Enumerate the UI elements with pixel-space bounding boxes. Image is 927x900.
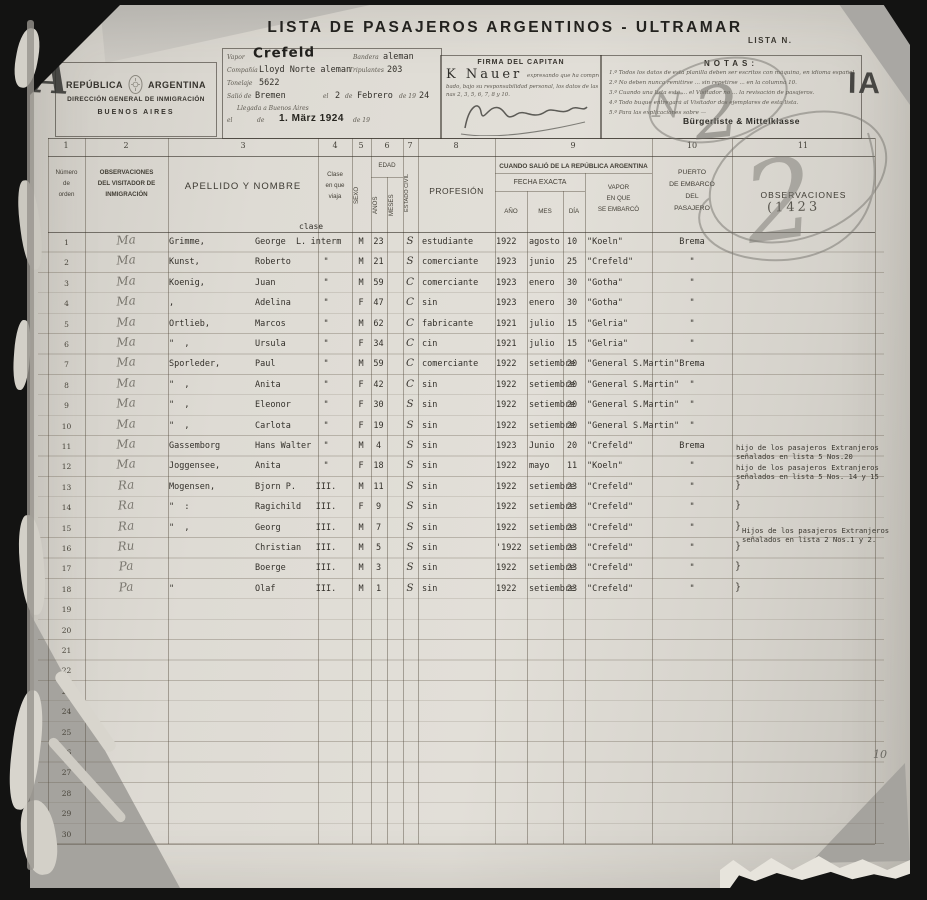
column-number: 8 [441, 141, 471, 150]
obs-1423-stamp: (1423 [767, 200, 820, 216]
travel-class: " [300, 298, 352, 308]
header-edad: EDAD [371, 161, 403, 172]
travel-class: " [300, 441, 352, 451]
visitor-pencil-mark: Pa [86, 557, 167, 577]
civil-status: C [400, 378, 420, 390]
embarkation-port: " [636, 257, 748, 267]
profession: comerciante [422, 359, 478, 369]
visitor-pencil-mark: Ma [86, 393, 167, 413]
header-apellido-nombre: APELLIDO Y NOMBRE [168, 181, 318, 192]
header-profesion: PROFESIÓN [418, 186, 495, 196]
departure-vessel: "Crefeld" [587, 441, 633, 451]
passenger-surname: Ortlieb, [169, 319, 210, 329]
civil-status: C [400, 337, 420, 349]
embarkation-port: " [636, 563, 748, 573]
table-row: 9 Ma " , Eleonor " F 30 S sin 1922 setie… [48, 395, 875, 415]
column-number: 2 [111, 141, 141, 150]
profession: sin [422, 543, 437, 553]
table-row: 8 Ma " , Anita " F 42 C sin 1922 setiemb… [48, 375, 875, 395]
header-cuando-salio: CUANDO SALIÓ DE LA REPÚBLICA ARGENTINA [495, 161, 652, 172]
departure-year: 1923 [496, 257, 528, 267]
age-years: 47 [370, 298, 387, 308]
passenger-given-name: Carlota [255, 421, 291, 431]
header-observaciones-visitador: OBSERVACIONES DEL VISITADOR DE INMIGRACI… [85, 168, 168, 201]
departure-day: 23 [559, 543, 585, 553]
sex-value: M [351, 441, 371, 451]
departure-vessel: "Gelria" [587, 319, 628, 329]
passenger-surname: " [169, 584, 174, 594]
civil-status: S [400, 419, 420, 431]
passenger-surname: Sporleder, [169, 359, 220, 369]
table-row: 29 [48, 803, 875, 823]
civil-status: S [400, 561, 420, 573]
departure-year: 1922 [496, 523, 528, 533]
departure-vessel: "Gelria" [587, 339, 628, 349]
table-row: 1 Ma Grimme, George L. interm M 23 S est… [48, 232, 875, 252]
passenger-given-name: Eleonor [255, 400, 291, 410]
visitor-pencil-mark [86, 659, 166, 665]
embarkation-port: " [636, 421, 748, 431]
departure-day: 23 [559, 584, 585, 594]
profession: comerciante [422, 278, 478, 288]
column-number: 11 [788, 141, 818, 150]
row-number: 16 [48, 544, 85, 553]
visitor-pencil-mark: Ma [86, 271, 167, 291]
scanned-document-photo: LISTA DE PASAJEROS ARGENTINOS - ULTRAMAR… [0, 0, 927, 900]
age-years: 19 [370, 421, 387, 431]
table-row: 26 [48, 742, 875, 762]
departure-year: 1922 [496, 400, 528, 410]
departure-day: 25 [559, 257, 585, 267]
row-number: 20 [48, 626, 85, 635]
table-row: 22 [48, 660, 875, 680]
profession: comerciante [422, 257, 478, 267]
table-row: 2 Ma Kunst, Roberto " M 21 S comerciante… [48, 252, 875, 272]
passenger-given-name: Juan [255, 278, 275, 288]
passenger-surname: Joggensee, [169, 461, 220, 471]
embarkation-port: " [636, 461, 748, 471]
note-brace: } [735, 541, 741, 552]
embarkation-port: " [636, 278, 748, 288]
departure-month: junio [529, 257, 555, 267]
sex-value: M [351, 257, 371, 267]
visitor-pencil-mark [86, 822, 166, 828]
visitor-pencil-mark: Ma [86, 312, 167, 332]
embarkation-port: " [636, 502, 748, 512]
embarkation-port: Brema [636, 359, 748, 369]
sex-value: F [351, 380, 371, 390]
table-row: 20 [48, 620, 875, 640]
departure-day: 10 [559, 237, 585, 247]
departure-month: julio [529, 339, 555, 349]
age-years: 7 [370, 523, 387, 533]
departure-day: 23 [559, 563, 585, 573]
sex-value: M [351, 563, 371, 573]
table-row: 21 [48, 640, 875, 660]
header-clase: Clase en que viaja [318, 170, 352, 203]
departure-year: '1922 [496, 543, 528, 553]
sex-value: M [351, 543, 371, 553]
note-brace: } [735, 521, 741, 532]
departure-month: agosto [529, 237, 560, 247]
margin-note-row12: hijo de los pasajeros Extranjeros señala… [736, 463, 879, 481]
departure-year: 1922 [496, 461, 528, 471]
row-number: 28 [48, 789, 85, 798]
embarkation-port: " [636, 584, 748, 594]
grid-line-horizontal [48, 156, 875, 157]
table-row: 28 [48, 783, 875, 803]
row-number: 15 [48, 524, 85, 533]
departure-year: 1922 [496, 380, 528, 390]
column-number: 1 [51, 141, 81, 150]
profession: fabricante [422, 319, 473, 329]
departure-year: 1922 [496, 237, 528, 247]
profession: sin [422, 523, 437, 533]
profession: sin [422, 380, 437, 390]
visitor-pencil-mark [86, 597, 166, 603]
profession: cin [422, 339, 437, 349]
departure-vessel: "Koeln" [587, 461, 623, 471]
header-numero-orden: Número de orden [48, 168, 85, 201]
departure-year: 1922 [496, 421, 528, 431]
visitor-pencil-mark [86, 638, 166, 644]
clase-text-fragment: clase [299, 222, 323, 231]
departure-year: 1921 [496, 339, 528, 349]
passenger-given-name: Ursula [255, 339, 286, 349]
table-row: 30 [48, 824, 875, 844]
row-number: 21 [48, 646, 85, 655]
row-number: 6 [48, 340, 85, 349]
travel-class: III. [300, 502, 352, 512]
travel-class: " [300, 278, 352, 288]
profession: sin [422, 584, 437, 594]
visitor-pencil-mark [86, 618, 166, 624]
table-row: 7 Ma Sporleder, Paul " M 59 C comerciant… [48, 354, 875, 374]
row-number: 25 [48, 728, 85, 737]
departure-month: mayo [529, 461, 549, 471]
passenger-given-name: Christian [255, 543, 301, 553]
profession: sin [422, 421, 437, 431]
sex-value: F [351, 298, 371, 308]
sex-value: M [351, 482, 371, 492]
grid-line-vertical [875, 138, 876, 844]
civil-status: C [400, 357, 420, 369]
profession: sin [422, 563, 437, 573]
travel-class: III. [300, 543, 352, 553]
passenger-given-name: Marcos [255, 319, 286, 329]
travel-class: " [300, 359, 352, 369]
age-years: 59 [370, 278, 387, 288]
table-row: 24 [48, 701, 875, 721]
departure-year: 1922 [496, 563, 528, 573]
header-sexo: SEXO [352, 163, 371, 227]
row-number: 2 [48, 258, 85, 267]
passenger-given-name: Paul [255, 359, 275, 369]
passenger-given-name: George L. [255, 237, 306, 247]
age-years: 18 [370, 461, 387, 471]
visitor-pencil-mark: Ra [86, 495, 167, 515]
visitor-pencil-mark: Ra [86, 516, 167, 536]
departure-year: 1922 [496, 482, 528, 492]
row-number: 19 [48, 605, 85, 614]
travel-class: " [300, 421, 352, 431]
age-years: 59 [370, 359, 387, 369]
travel-class: " [300, 319, 352, 329]
grid-line-horizontal [495, 191, 585, 192]
binding-spine-strip [27, 20, 34, 870]
row-number: 4 [48, 299, 85, 308]
travel-class: " [300, 461, 352, 471]
sex-value: M [351, 278, 371, 288]
header-fecha-exacta: FECHA EXACTA [495, 177, 585, 189]
departure-day: 23 [559, 523, 585, 533]
sex-value: F [351, 400, 371, 410]
note-brace: } [735, 500, 741, 511]
visitor-pencil-mark: Ma [86, 434, 167, 454]
margin-note-rows13-18: Hijos de los pasajeros Extranjeros señal… [742, 526, 889, 544]
passenger-surname: Mogensen, [169, 482, 215, 492]
age-years: 11 [370, 482, 387, 492]
age-years: 3 [370, 563, 387, 573]
civil-status: S [400, 521, 420, 533]
passenger-given-name: Bjorn P. [255, 482, 296, 492]
departure-day: 20 [559, 400, 585, 410]
profession: sin [422, 400, 437, 410]
passenger-given-name: Anita [255, 461, 281, 471]
departure-day: 20 [559, 421, 585, 431]
sex-value: M [351, 359, 371, 369]
embarkation-port: Brema [636, 237, 748, 247]
passenger-surname: Gassemborg [169, 441, 220, 451]
margin-note-row11: hijo de los pasajeros Extranjeros señala… [736, 443, 879, 461]
passenger-surname: Koenig, [169, 278, 205, 288]
visitor-pencil-mark: Ma [86, 455, 167, 475]
visitor-pencil-mark: Ma [86, 230, 167, 250]
departure-day: 20 [559, 380, 585, 390]
passenger-given-name: Roberto [255, 257, 291, 267]
age-years: 1 [370, 584, 387, 594]
table-row: 5 Ma Ortlieb, Marcos " M 62 C fabricante… [48, 314, 875, 334]
embarkation-port: " [636, 482, 748, 492]
departure-year: 1923 [496, 298, 528, 308]
header-dia: DÍA [563, 207, 585, 218]
civil-status: S [400, 235, 420, 247]
age-years: 4 [370, 441, 387, 451]
civil-status: S [400, 541, 420, 553]
civil-status: C [400, 296, 420, 308]
embarkation-port: " [636, 380, 748, 390]
header-puerto-embarco: PUERTO DE EMBARCO DEL PASAJERO [652, 167, 732, 215]
row-number: 14 [48, 503, 85, 512]
row-number: 10 [48, 422, 85, 431]
departure-month: enero [529, 278, 555, 288]
departure-year: 1922 [496, 502, 528, 512]
travel-class: III. [300, 482, 352, 492]
departure-year: 1923 [496, 441, 528, 451]
age-years: 30 [370, 400, 387, 410]
civil-status: S [400, 255, 420, 267]
table-row: 4 Ma , Adelina " F 47 C sin 1923 enero 3… [48, 293, 875, 313]
header-observaciones: OBSERVACIONES [732, 190, 875, 200]
departure-month: julio [529, 319, 555, 329]
profession: sin [422, 502, 437, 512]
departure-day: 23 [559, 502, 585, 512]
passenger-surname: " , [169, 421, 189, 431]
civil-status: S [400, 582, 420, 594]
departure-day: 30 [559, 278, 585, 288]
row-number: 11 [48, 442, 85, 451]
pencil-page-number: 10 [873, 748, 887, 761]
note-brace: } [735, 561, 741, 572]
sex-value: F [351, 502, 371, 512]
age-years: 34 [370, 339, 387, 349]
age-years: 62 [370, 319, 387, 329]
row-number: 1 [48, 238, 85, 247]
sex-value: F [351, 421, 371, 431]
civil-status: S [400, 398, 420, 410]
column-number: 3 [228, 141, 258, 150]
header-vapor-embarco: VAPOR EN QUE SE EMBARCÓ [585, 183, 652, 216]
age-years: 9 [370, 502, 387, 512]
grid-line-horizontal [495, 173, 652, 174]
departure-vessel: "Gotha" [587, 298, 623, 308]
embarkation-port: " [636, 400, 748, 410]
row-number: 3 [48, 279, 85, 288]
sex-value: M [351, 523, 371, 533]
row-number: 17 [48, 564, 85, 573]
civil-status: S [400, 439, 420, 451]
table-row: 6 Ma " , Ursula " F 34 C cin 1921 julio … [48, 334, 875, 354]
passenger-surname: Kunst, [169, 257, 200, 267]
age-years: 21 [370, 257, 387, 267]
visitor-pencil-mark: Ma [86, 414, 167, 434]
departure-month: Junio [529, 441, 555, 451]
grid-line-horizontal [48, 844, 875, 845]
table-row: 19 [48, 599, 875, 619]
passenger-surname: " , [169, 523, 189, 533]
passenger-surname: " , [169, 400, 189, 410]
civil-status: C [400, 317, 420, 329]
table-row: 25 [48, 722, 875, 742]
manifest-page: LISTA DE PASAJEROS ARGENTINOS - ULTRAMAR… [30, 5, 910, 888]
visitor-pencil-mark: Ma [86, 373, 167, 393]
departure-year: 1921 [496, 319, 528, 329]
civil-status: C [400, 276, 420, 288]
departure-day: 23 [559, 482, 585, 492]
departure-year: 1922 [496, 584, 528, 594]
note-brace: } [735, 480, 741, 491]
departure-vessel: "Crefeld" [587, 584, 633, 594]
departure-day: 30 [559, 298, 585, 308]
departure-vessel: "Crefeld" [587, 543, 633, 553]
visitor-pencil-mark [86, 679, 166, 685]
travel-class: " [300, 380, 352, 390]
row-number: 12 [48, 462, 85, 471]
departure-vessel: "Koeln" [587, 237, 623, 247]
column-number: 7 [395, 141, 425, 150]
passenger-given-name: Anita [255, 380, 281, 390]
table-row: 10 Ma " , Carlota " F 19 S sin 1922 seti… [48, 416, 875, 436]
travel-class: III. [300, 584, 352, 594]
passenger-surname: , [169, 298, 174, 308]
embarkation-port: " [636, 543, 748, 553]
travel-class: " [300, 339, 352, 349]
row-number: 18 [48, 585, 85, 594]
row-number: 8 [48, 381, 85, 390]
embarkation-port: " [636, 298, 748, 308]
embarkation-port: " [636, 319, 748, 329]
departure-year: 1923 [496, 278, 528, 288]
row-number: 29 [48, 809, 85, 818]
profession: sin [422, 298, 437, 308]
travel-class: III. [300, 563, 352, 573]
age-years: 42 [370, 380, 387, 390]
departure-month: enero [529, 298, 555, 308]
travel-class: III. [300, 523, 352, 533]
passenger-given-name: Olaf [255, 584, 275, 594]
departure-day: 15 [559, 339, 585, 349]
header-estado-civil: ESTADO CIVIL [403, 157, 418, 229]
visitor-pencil-mark: Ra [86, 475, 167, 495]
sex-value: M [351, 584, 371, 594]
sex-value: M [351, 237, 371, 247]
visitor-pencil-mark: Ma [86, 353, 167, 373]
table-row: 17 Pa Boerge III. M 3 S sin 1922 setiemb… [48, 558, 875, 578]
departure-vessel: "Crefeld" [587, 523, 633, 533]
table-row: 27 [48, 762, 875, 782]
age-years: 5 [370, 543, 387, 553]
column-number: 10 [677, 141, 707, 150]
departure-year: 1922 [496, 359, 528, 369]
departure-day: 20 [559, 441, 585, 451]
civil-status: S [400, 459, 420, 471]
header-mes: MES [527, 207, 563, 218]
travel-class: " [300, 257, 352, 267]
passenger-surname: " , [169, 380, 189, 390]
sex-value: F [351, 339, 371, 349]
profession: sin [422, 461, 437, 471]
departure-day: 20 [559, 359, 585, 369]
passenger-given-name: Boerge [255, 563, 286, 573]
civil-status: S [400, 480, 420, 492]
table-row: 23 [48, 681, 875, 701]
visitor-pencil-mark [86, 699, 166, 705]
note-brace: } [735, 582, 741, 593]
visitor-pencil-mark: Ma [86, 251, 167, 271]
visitor-pencil-mark: Ma [86, 332, 167, 352]
table-row: 3 Ma Koenig, Juan " M 59 C comerciante 1… [48, 273, 875, 293]
profession: estudiante [422, 237, 473, 247]
grid-line-horizontal [48, 138, 875, 139]
departure-vessel: "Crefeld" [587, 502, 633, 512]
visitor-pencil-mark: Ru [86, 536, 167, 556]
travel-class: interm [300, 237, 352, 247]
row-number: 5 [48, 320, 85, 329]
visitor-pencil-mark [86, 801, 166, 807]
header-anos: AÑOS [371, 181, 387, 229]
departure-vessel: "Crefeld" [587, 257, 633, 267]
row-number: 9 [48, 401, 85, 410]
row-number: 7 [48, 360, 85, 369]
embarkation-port: Brema [636, 441, 748, 451]
departure-vessel: "Crefeld" [587, 482, 633, 492]
row-number: 13 [48, 483, 85, 492]
profession: sin [422, 441, 437, 451]
departure-day: 15 [559, 319, 585, 329]
visitor-pencil-mark: Ma [86, 291, 167, 311]
departure-day: 11 [559, 461, 585, 471]
departure-vessel: "Crefeld" [587, 563, 633, 573]
